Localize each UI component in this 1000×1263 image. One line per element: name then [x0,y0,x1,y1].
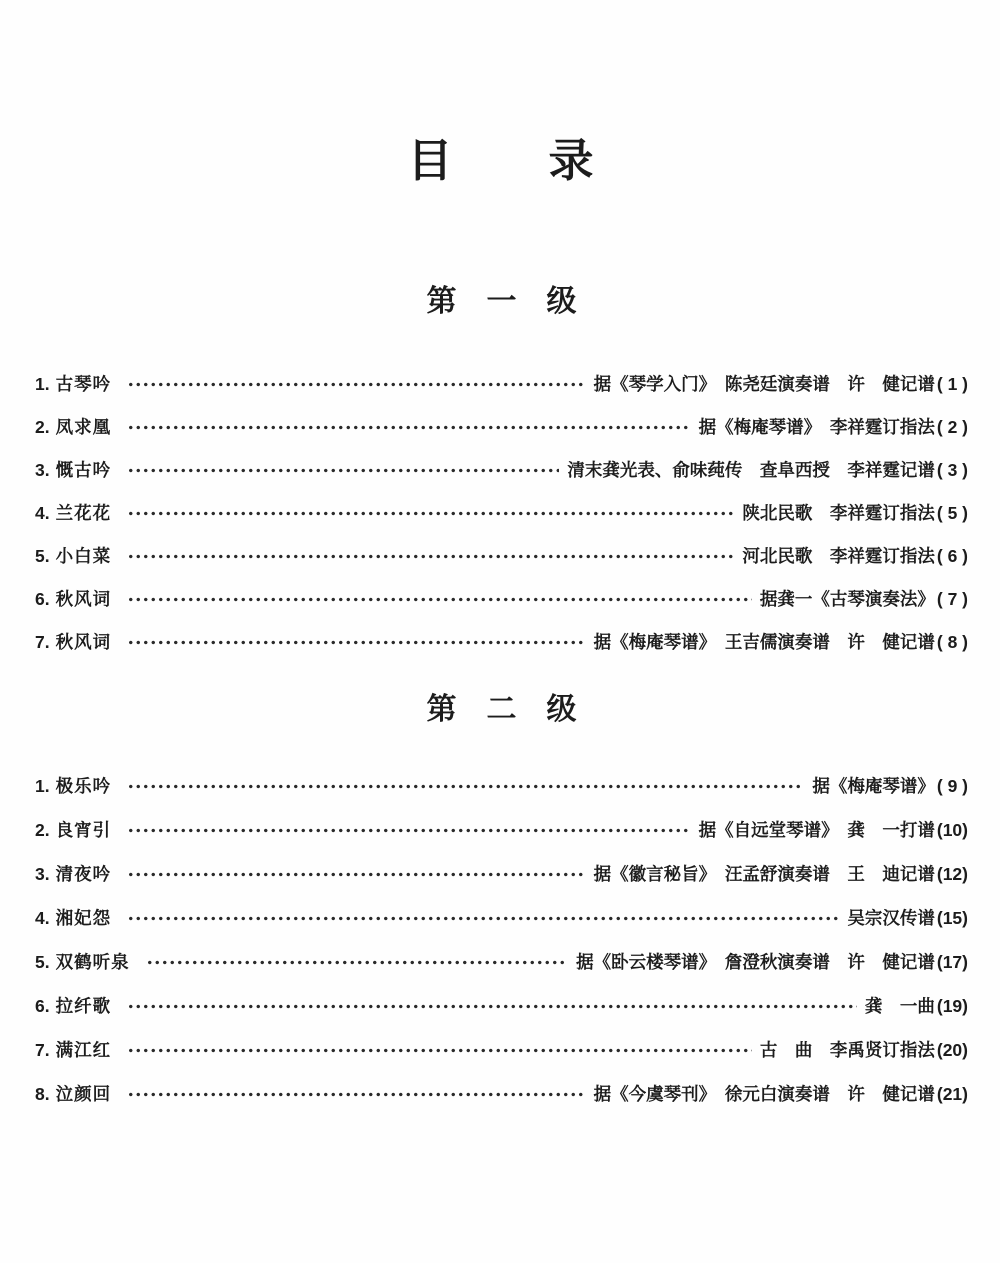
entry-attribution: 据《今虞琴刊》 徐元白演奏谱 许 健记谱 [594,1081,935,1107]
entry-number: 1. [35,773,50,799]
entry-attribution: 据《梅庵琴谱》 李祥霆订指法 [699,414,935,440]
entry-page-number: ( 3 ) [937,457,968,483]
entry-attribution: 吴宗汉传谱 [847,905,935,931]
entry-page-number: ( 5 ) [937,500,968,526]
entry-number: 6. [35,993,50,1019]
entry-number: 2. [35,414,50,440]
section-level-1: 第 一 级 1. 古琴吟 据《琴学入门》 陈尧廷演奏谱 许 健记谱 ( 1 ) … [35,287,968,655]
entry-attribution: 据龚一《古琴演奏法》 [760,586,935,612]
toc-entry: 5. 小白菜 河北民歌 李祥霆订指法 ( 6 ) [35,543,968,569]
toc-entry: 4. 兰花花 陕北民歌 李祥霆订指法 ( 5 ) [35,500,968,526]
entry-page-number: ( 8 ) [937,629,968,655]
entry-number: 3. [35,861,50,887]
entry-page-number: (17) [937,949,968,975]
entry-title: 极乐吟 [56,773,112,799]
entry-number: 5. [35,949,50,975]
entry-title: 慨古吟 [56,457,112,483]
entry-page-number: (19) [937,993,968,1019]
toc-entry: 5. 双鹤听泉 据《卧云楼琴谱》 詹澄秋演奏谱 许 健记谱 (17) [35,949,968,975]
entry-attribution: 据《梅庵琴谱》 王吉儒演奏谱 许 健记谱 [594,629,935,655]
dot-leader [127,376,586,393]
toc-entry: 2. 凤求凰 据《梅庵琴谱》 李祥霆订指法 ( 2 ) [35,414,968,440]
toc-entry: 7. 秋风词 据《梅庵琴谱》 王吉儒演奏谱 许 健记谱 ( 8 ) [35,629,968,655]
scanned-toc-page: 目 录 第 一 级 1. 古琴吟 据《琴学入门》 陈尧廷演奏谱 许 健记谱 ( … [0,0,1000,1263]
toc-entry: 2. 良宵引 据《自远堂琴谱》 龚 一打谱 (10) [35,817,968,843]
entry-page-number: (21) [937,1081,968,1107]
entry-title: 小白菜 [56,543,112,569]
entry-attribution: 龚 一曲 [865,993,935,1019]
entry-number: 7. [35,1037,50,1063]
entry-number: 8. [35,1081,50,1107]
entry-attribution: 陕北民歌 李祥霆订指法 [742,500,935,526]
section-1-heading: 第 一 级 [35,287,968,317]
dot-leader [127,778,804,795]
toc-entry: 6. 秋风词 据龚一《古琴演奏法》 ( 7 ) [35,586,968,612]
entry-title: 泣颜回 [56,1081,112,1107]
section-level-2: 第 二 级 1. 极乐吟 据《梅庵琴谱》 ( 9 ) 2. 良宵引 据《自远堂琴… [35,695,968,1107]
dot-leader [127,548,734,565]
entry-page-number: (15) [937,905,968,931]
entry-page-number: (12) [937,861,968,887]
entry-page-number: ( 2 ) [937,414,968,440]
entry-attribution: 据《梅庵琴谱》 [812,773,935,799]
dot-leader [146,954,569,971]
entry-page-number: ( 9 ) [937,773,968,799]
entry-attribution: 据《徽言秘旨》 汪孟舒演奏谱 王 迪记谱 [594,861,935,887]
entry-title: 古琴吟 [56,371,112,397]
entry-page-number: (20) [937,1037,968,1063]
entry-number: 6. [35,586,50,612]
toc-entry: 4. 湘妃怨 吴宗汉传谱 (15) [35,905,968,931]
entry-page-number: ( 6 ) [937,543,968,569]
entry-title: 清夜吟 [56,861,112,887]
toc-entry: 7. 满江红 古 曲 李禹贤订指法 (20) [35,1037,968,1063]
entry-title: 凤求凰 [56,414,112,440]
dot-leader [127,462,559,479]
toc-entry: 3. 慨古吟 清末龚光表、俞味莼传 查阜西授 李祥霆记谱 ( 3 ) [35,457,968,483]
toc-entry: 6. 拉纤歌 龚 一曲 (19) [35,993,968,1019]
dot-leader [127,591,752,608]
dot-leader [127,634,586,651]
entry-title: 秋风词 [56,586,112,612]
entry-number: 4. [35,500,50,526]
entry-title: 湘妃怨 [56,905,112,931]
entry-page-number: (10) [937,817,968,843]
entry-page-number: ( 1 ) [937,371,968,397]
toc-content: 目 录 第 一 级 1. 古琴吟 据《琴学入门》 陈尧廷演奏谱 许 健记谱 ( … [0,0,1000,1107]
entry-attribution: 据《自远堂琴谱》 龚 一打谱 [699,817,935,843]
entry-attribution: 古 曲 李禹贤订指法 [760,1037,935,1063]
dot-leader [127,1042,752,1059]
entry-attribution: 清末龚光表、俞味莼传 查阜西授 李祥霆记谱 [567,457,935,483]
entry-number: 1. [35,371,50,397]
entry-page-number: ( 7 ) [937,586,968,612]
dot-leader [127,910,839,927]
dot-leader [127,822,691,839]
entry-title: 满江红 [56,1037,112,1063]
entry-title: 良宵引 [56,817,112,843]
entry-attribution: 据《卧云楼琴谱》 詹澄秋演奏谱 许 健记谱 [576,949,935,975]
entry-title: 双鹤听泉 [56,949,130,975]
entry-number: 5. [35,543,50,569]
dot-leader [127,998,857,1015]
dot-leader [127,1086,586,1103]
entry-number: 2. [35,817,50,843]
dot-leader [127,866,586,883]
entry-number: 3. [35,457,50,483]
section-2-heading: 第 二 级 [35,695,968,725]
toc-entry: 8. 泣颜回 据《今虞琴刊》 徐元白演奏谱 许 健记谱 (21) [35,1081,968,1107]
entry-number: 4. [35,905,50,931]
toc-entry: 1. 古琴吟 据《琴学入门》 陈尧廷演奏谱 许 健记谱 ( 1 ) [35,371,968,397]
dot-leader [127,505,734,522]
page-title: 目 录 [35,0,968,183]
entry-title: 兰花花 [56,500,112,526]
entry-attribution: 据《琴学入门》 陈尧廷演奏谱 许 健记谱 [594,371,935,397]
entry-title: 拉纤歌 [56,993,112,1019]
entry-title: 秋风词 [56,629,112,655]
toc-entry: 3. 清夜吟 据《徽言秘旨》 汪孟舒演奏谱 王 迪记谱 (12) [35,861,968,887]
toc-entry: 1. 极乐吟 据《梅庵琴谱》 ( 9 ) [35,773,968,799]
entry-attribution: 河北民歌 李祥霆订指法 [742,543,935,569]
entry-number: 7. [35,629,50,655]
dot-leader [127,419,691,436]
